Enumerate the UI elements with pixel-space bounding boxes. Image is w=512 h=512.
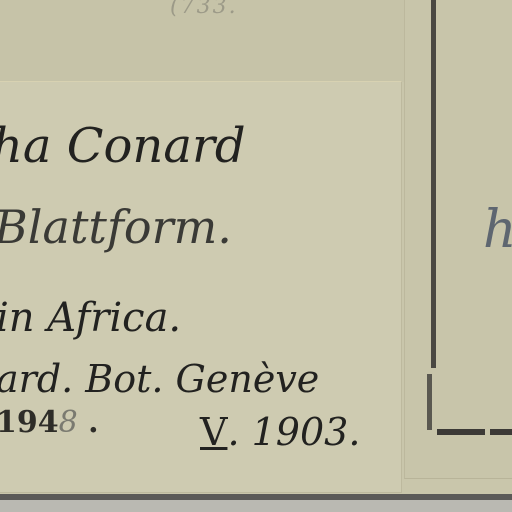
printed-year: 1948 . [0, 405, 99, 440]
year-suffix: . [78, 405, 99, 440]
right-card-handwriting: h [483, 200, 512, 260]
date-month-roman: V [200, 410, 227, 454]
label-line-herbarium: ard. Bot. Genève [0, 357, 319, 401]
year-amended-digit: 8 [59, 405, 78, 440]
background-strip [0, 500, 512, 512]
upper-paper: (733. [0, 0, 404, 82]
frame-border-vertical [431, 0, 436, 368]
date-year: . 1903. [227, 410, 360, 454]
pencil-note: (733. [170, 0, 238, 19]
label-line-taxon: ha Conard [0, 118, 246, 174]
label-line-author: Blattform. [0, 200, 232, 254]
frame-border-vertical-lower [427, 374, 432, 430]
label-line-locality: in Africa. [0, 295, 181, 341]
collection-date: V. 1903. [200, 410, 360, 454]
right-card: h [404, 0, 512, 479]
frame-border-horizontal [437, 429, 512, 435]
year-printed-digits: 194 [0, 405, 59, 440]
